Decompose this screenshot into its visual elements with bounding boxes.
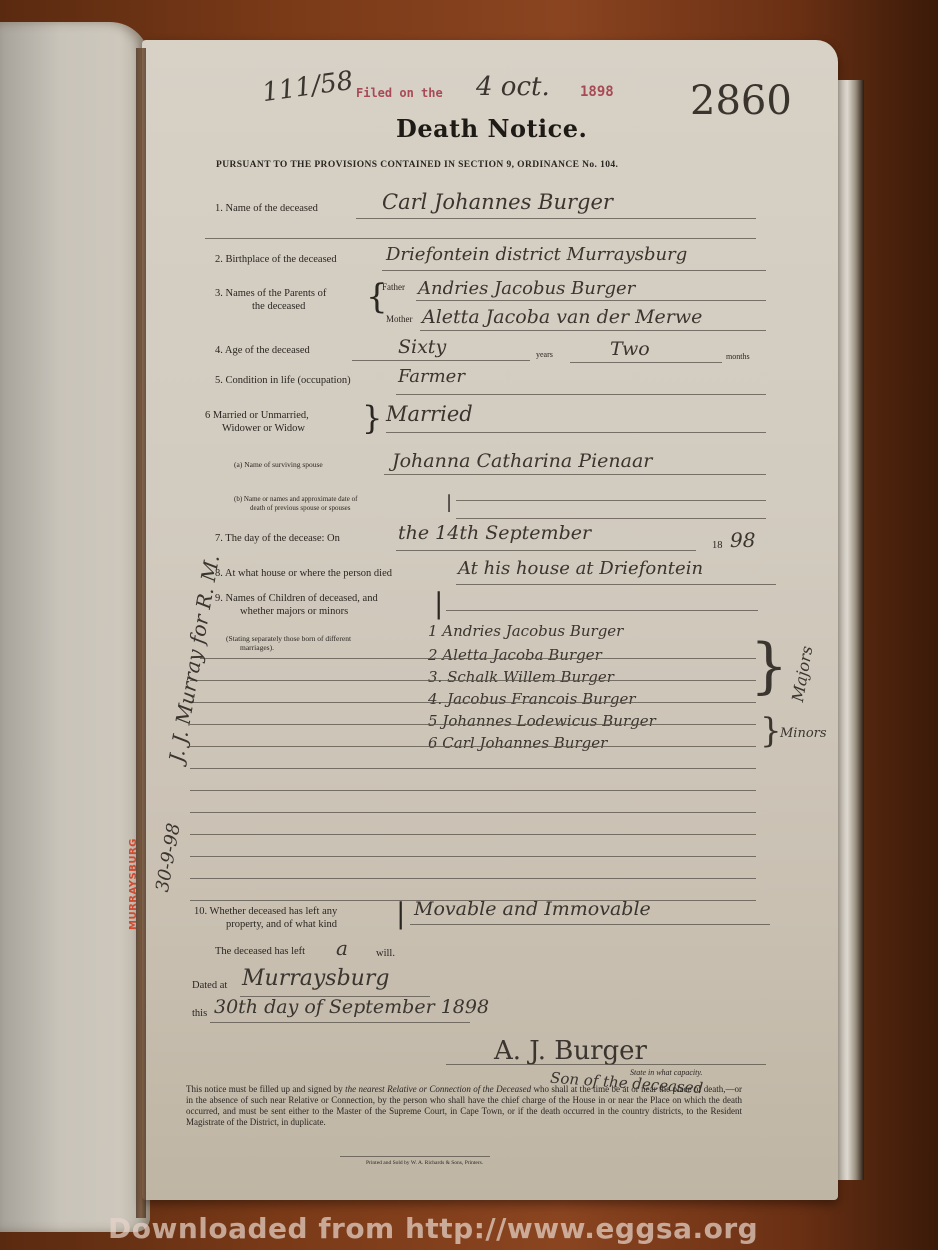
age-label: 4. Age of the deceased	[215, 345, 310, 356]
property-label-2: property, and of what kind	[226, 919, 337, 930]
minors-note: Minors	[780, 726, 827, 741]
instructions-text: This notice must be filled up and signed…	[186, 1084, 742, 1128]
children-rule-11	[190, 878, 756, 879]
parents-label-2: the deceased	[252, 301, 305, 312]
children-rule-2	[190, 680, 756, 681]
previous-spouse-rule-2	[456, 518, 766, 519]
children-rule-8	[190, 812, 756, 813]
signature: A. J. Burger	[494, 1036, 647, 1066]
marital-rule	[386, 432, 766, 433]
book-spine	[136, 48, 146, 1218]
property-value: Movable and Immovable	[414, 898, 651, 920]
will-label: The deceased has left	[215, 946, 305, 957]
name-value: Carl Johannes Burger	[382, 190, 613, 214]
will-suffix: will.	[376, 948, 395, 959]
previous-spouse-label-2: death of previous spouse or spouses	[250, 504, 351, 512]
decease-day-value: the 14th September	[398, 522, 591, 544]
children-note: (Stating separately those born of differ…	[226, 634, 351, 643]
occupation-value: Farmer	[398, 366, 465, 387]
children-rule-5	[190, 746, 756, 747]
children-rule-1	[200, 658, 756, 659]
filed-label: Filed on the	[356, 86, 443, 100]
dated-at-value: Murraysburg	[242, 966, 389, 991]
dated-at-label: Dated at	[192, 980, 227, 991]
signature-rule	[446, 1064, 766, 1065]
years-label: years	[536, 350, 553, 359]
children-label-2: whether majors or minors	[240, 606, 348, 617]
children-note-2: marriages).	[240, 643, 274, 652]
notice-number: 2860	[690, 78, 792, 124]
majors-brace: }	[750, 636, 788, 696]
children-rule-0	[446, 610, 758, 611]
marital-label: 6 Married or Unmarried,	[205, 410, 309, 421]
dated-this-value: 30th day of September 1898	[214, 996, 489, 1018]
child-4: 4. Jacobus Francois Burger	[428, 690, 636, 708]
months-label: months	[726, 352, 750, 361]
occupation-label: 5. Condition in life (occupation)	[215, 375, 351, 386]
document-subtitle: PURSUANT TO THE PROVISIONS CONTAINED IN …	[216, 160, 618, 170]
printer-credit: Printed and Sold by W. A. Richards & Son…	[366, 1160, 483, 1166]
children-rule-3	[190, 702, 756, 703]
occupation-rule	[396, 394, 766, 395]
age-months-rule	[570, 362, 722, 363]
filed-year: 1898	[580, 84, 614, 100]
child-6: 6 Carl Johannes Burger	[428, 734, 607, 752]
mother-value: Aletta Jacoba van der Merwe	[422, 306, 702, 328]
will-value: a	[336, 936, 348, 960]
marital-brace: }	[362, 402, 382, 434]
children-rule-9	[190, 834, 756, 835]
property-rule	[410, 924, 770, 925]
name-label: 1. Name of the deceased	[215, 203, 318, 214]
father-label: Father	[382, 282, 405, 292]
spouse-rule	[384, 474, 766, 475]
place-of-death-rule	[456, 584, 776, 585]
age-months-value: Two	[610, 338, 650, 360]
minors-brace: }	[760, 714, 782, 748]
mother-label: Mother	[386, 314, 413, 324]
children-rule-10	[190, 856, 756, 857]
murraysburg-stamp: MURRAYSBURG	[128, 838, 139, 930]
age-years-rule	[352, 360, 530, 361]
birthplace-rule	[382, 270, 766, 271]
document-title: Death Notice.	[396, 114, 587, 143]
spouse-label: (a) Name of surviving spouse	[234, 460, 323, 469]
property-brace: |	[396, 900, 405, 928]
page-stack-edge	[836, 80, 864, 1180]
decease-year-value: 98	[730, 528, 755, 552]
birthplace-value: Driefontein district Murraysburg	[386, 244, 687, 265]
printer-rule	[340, 1156, 490, 1157]
previous-spouse-brace: |	[446, 492, 452, 513]
children-label: 9. Names of Children of deceased, and	[215, 593, 378, 604]
children-rule-4	[190, 724, 756, 725]
age-years-value: Sixty	[398, 336, 446, 358]
dated-this-rule	[210, 1022, 470, 1023]
children-brace: |	[434, 590, 443, 618]
name-rule	[356, 218, 756, 219]
spouse-value: Johanna Catharina Pienaar	[392, 450, 652, 472]
child-3: 3. Schalk Willem Burger	[428, 668, 614, 686]
child-5: 5 Johannes Lodewicus Burger	[428, 712, 656, 730]
marital-label-2: Widower or Widow	[222, 423, 305, 434]
previous-spouse-rule	[456, 500, 766, 501]
father-value: Andries Jacobus Burger	[418, 278, 635, 299]
parents-label: 3. Names of the Parents of	[215, 288, 326, 299]
father-rule	[416, 300, 766, 301]
eggsa-watermark: Downloaded from http://www.eggsa.org	[108, 1212, 758, 1245]
decease-day-rule	[396, 550, 696, 551]
death-notice-page	[142, 40, 838, 1200]
birthplace-label: 2. Birthplace of the deceased	[215, 254, 337, 265]
decease-day-label: 7. The day of the decease: On	[215, 533, 340, 544]
mother-rule	[420, 330, 766, 331]
child-1: 1 Andries Jacobus Burger	[428, 622, 623, 640]
place-of-death-value: At his house at Driefontein	[458, 558, 703, 579]
left-facing-page	[0, 22, 150, 1232]
decease-year-prefix: 18	[712, 540, 723, 551]
previous-spouse-label: (b) Name or names and approximate date o…	[234, 495, 357, 503]
place-of-death-label: 8. At what house or where the person die…	[215, 568, 392, 579]
dated-this-label: this	[192, 1008, 207, 1019]
children-rule-7	[190, 790, 756, 791]
property-label: 10. Whether deceased has left any	[194, 906, 337, 917]
child-2: 2 Aletta Jacoba Burger	[428, 646, 602, 664]
children-rule-6	[190, 768, 756, 769]
marital-value: Married	[386, 402, 473, 426]
filed-date: 4 oct.	[476, 72, 550, 102]
name-rule-2	[205, 238, 756, 239]
